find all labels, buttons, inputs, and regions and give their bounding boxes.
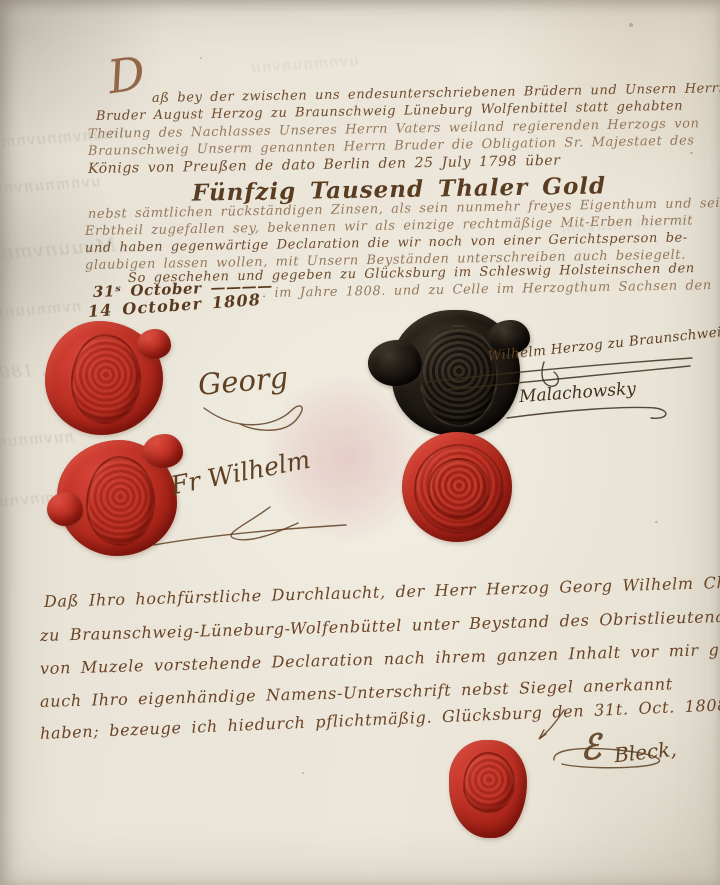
wax-drip xyxy=(137,329,171,359)
red-wax-seal-top-left xyxy=(45,321,163,435)
paper-speck xyxy=(690,152,693,154)
paper-speck xyxy=(655,521,658,523)
paper-speck xyxy=(629,23,633,27)
manuscript-page: nmunvmnuvnm uvnmnunvnu Mxuunvmn nvmnuunv… xyxy=(0,0,720,885)
bleedthrough-scribble: uvnmnunvnu xyxy=(0,172,101,198)
wax-drip xyxy=(368,340,422,386)
wax-drip xyxy=(143,434,183,468)
coat-of-arms-impression xyxy=(463,752,515,813)
bleedthrough-scribble: nvmnuunv xyxy=(0,297,82,321)
coat-of-arms-impression xyxy=(86,456,155,546)
wax-drip xyxy=(47,492,83,526)
opening-initial: D xyxy=(104,46,148,105)
signature-flourish xyxy=(505,402,675,424)
red-wax-seal-mid-right xyxy=(402,432,512,542)
bleedthrough-scribble: nuvmnun xyxy=(0,427,75,450)
red-wax-seal-bottom xyxy=(449,740,527,838)
paper-speck xyxy=(302,772,304,774)
seal-inner-ring xyxy=(428,458,489,519)
signature-flourish xyxy=(196,398,336,438)
certification-line: Daß Ihro hochfürstliche Durchlaucht, der… xyxy=(44,571,720,611)
bleedthrough-scribble: uvnmnunvnu xyxy=(250,51,360,77)
paper-speck xyxy=(200,57,202,59)
certification-line: von Muzele vorstehende Declaration nach … xyxy=(40,638,720,678)
certification-line: zu Braunschweig-Lüneburg-Wolfenbüttel un… xyxy=(40,606,720,645)
signature-georg: Georg xyxy=(197,360,290,402)
notary-monogram: ℰ xyxy=(578,727,602,769)
coat-of-arms-impression xyxy=(71,334,141,425)
signature-flourish xyxy=(150,505,350,553)
